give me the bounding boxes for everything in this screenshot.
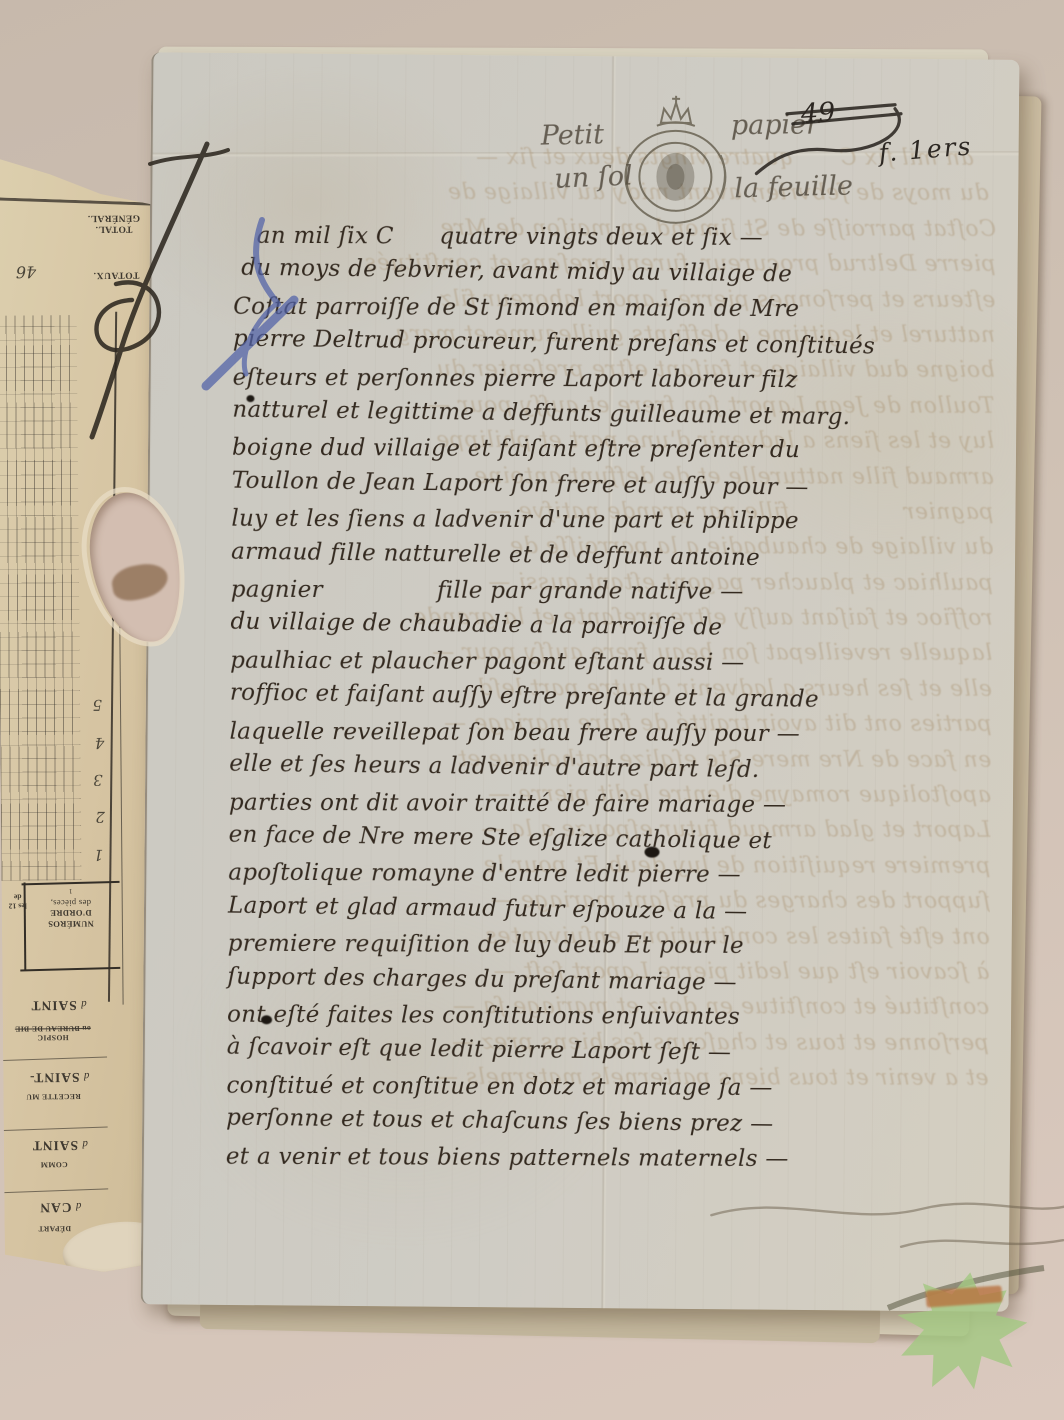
ledger-handwritten-total: 46 [6, 262, 36, 281]
manuscript-line: elle et ſes heurs a ladvenir d'autre par… [229, 747, 1007, 792]
manuscript-line: perſonne et tous et chaſcuns ſes biens p… [226, 1101, 1004, 1146]
ink-blot [644, 847, 659, 858]
crown-arms-stamp-icon [600, 92, 751, 233]
manuscript-line: apoſtolique romayne d'entre ledit pierre… [228, 856, 1006, 895]
ledger-row-rule [3, 1057, 107, 1062]
manuscript-line: premiere requiſition de luy deub Et pour… [228, 927, 1006, 966]
manuscript-line: pierre Deltrud procureur, furent preſans… [233, 322, 1011, 367]
manuscript-line: à ſcavoir eſt que ledit pierre Laport ſe… [227, 1030, 1005, 1075]
ledger-field-commune-value: d SAINT [4, 1136, 116, 1154]
ledger-field-commune-caption: COMM [4, 1160, 104, 1170]
ledger-row-rule [4, 1127, 108, 1132]
ledger-field-hospice-value: d SAINT [3, 996, 115, 1014]
stamp-word-petit: Petit [540, 119, 604, 152]
watermark-leaf [886, 1262, 1046, 1412]
blue-crayon-mark [190, 208, 330, 408]
ledger-row-rule [4, 1188, 108, 1193]
ledger-side-fragment: les 12 de [2, 892, 34, 910]
ledger-field-hospice-caption: HOSPIC ou BUREAU DE BIE [3, 1024, 103, 1043]
ledger-field-canton-value: d CAN [4, 1198, 116, 1216]
ledger-handwritten-number: 4 [84, 734, 104, 752]
ledger-field-recette-caption: RECETTE MU [3, 1092, 103, 1102]
ledger-numeros-header: NUMÉROS D'ORDRE des pièces, 1 [28, 886, 114, 930]
ledger-box-rule [20, 967, 120, 972]
ledger-handwritten-number: 3 [83, 771, 103, 789]
photo-backdrop: TOTAL. GÉNÉRAL. TOTAUX. 46 5 4 3 2 1 NUM… [0, 0, 1064, 1420]
ledger-field-recette-value: d SAINT- [3, 1068, 115, 1086]
ledger-handwritten-number: 5 [82, 696, 102, 714]
leaf-shape [890, 1265, 1032, 1396]
manuscript-text: an mil ſix C quatre vingts deux et ſix —… [226, 217, 1012, 1180]
manuscript-line: et a venir et tous biens patternels mate… [226, 1139, 1004, 1178]
ink-blot [261, 1015, 272, 1024]
manuscript-line: luy et les ſiens a ladvenir d'une part e… [231, 502, 1009, 541]
ledger-handwritten-number: 2 [85, 808, 105, 826]
ledger-handwritten-number: 1 [83, 846, 103, 864]
ledger-column-rule [119, 610, 124, 1005]
manuscript-line: roffioc et faiſant auſſy eſtre preſante … [230, 676, 1008, 721]
